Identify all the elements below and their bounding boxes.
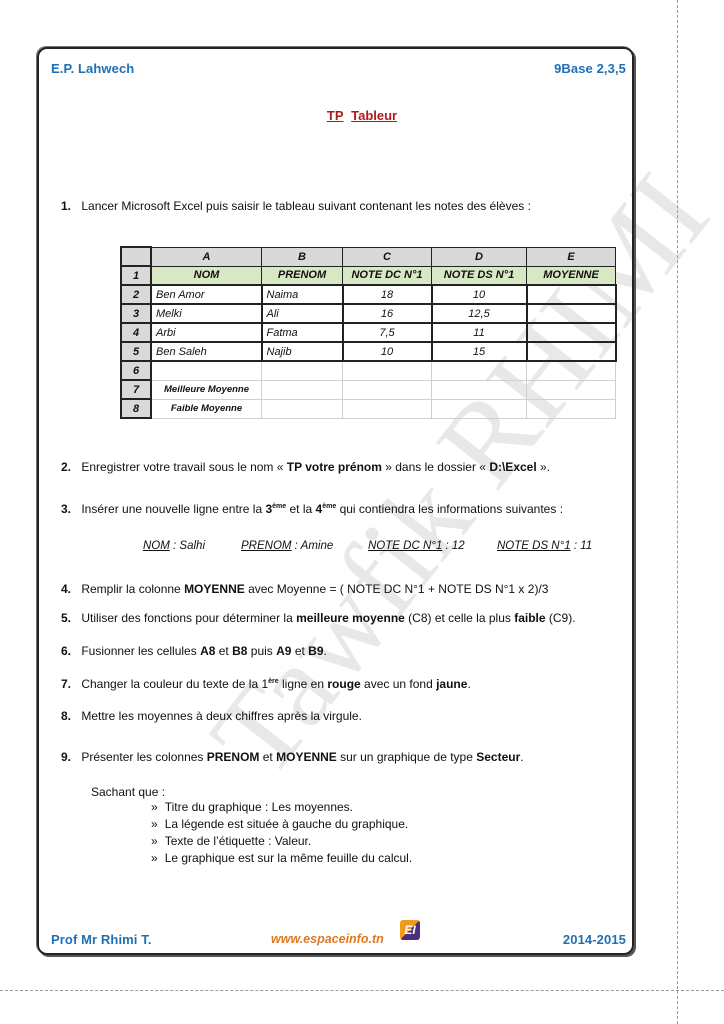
row-number: 1 bbox=[121, 266, 151, 285]
header-cell: NOTE DS N°1 bbox=[432, 266, 527, 285]
field-label: NOTE DS N°1 bbox=[497, 540, 571, 552]
chart-spec-intro: Sachant que : bbox=[91, 785, 165, 799]
cell-nom: Arbi bbox=[151, 323, 262, 342]
empty-cell bbox=[527, 399, 616, 418]
question-6: 6. Fusionner les cellules A8 et B8 puis … bbox=[61, 644, 327, 658]
cell-note-ds: 15 bbox=[432, 342, 527, 361]
cell-prenom: Ali bbox=[262, 304, 343, 323]
text: et la bbox=[286, 502, 315, 516]
text: (C9). bbox=[546, 611, 576, 625]
empty-cell bbox=[527, 380, 616, 399]
text: Enregistrer votre travail sous le nom « bbox=[81, 460, 286, 474]
list-item: La légende est située à gauche du graphi… bbox=[151, 816, 412, 833]
title-part-2: Tableur bbox=[351, 108, 397, 123]
cut-line-vertical bbox=[677, 0, 678, 1024]
empty-cell bbox=[262, 361, 343, 380]
cut-line-horizontal bbox=[0, 990, 724, 991]
text: (C8) et celle la plus bbox=[405, 611, 514, 625]
row-number: 5 bbox=[121, 342, 151, 361]
corner-cell bbox=[121, 247, 151, 266]
cell-note-dc: 7,5 bbox=[343, 323, 432, 342]
text: Fusionner les cellules bbox=[81, 644, 200, 658]
cell-moyenne bbox=[527, 285, 616, 304]
text: . bbox=[520, 750, 523, 764]
bold-text: rouge bbox=[327, 677, 360, 691]
field-value: : Amine bbox=[291, 540, 333, 552]
text: sur un graphique de type bbox=[337, 750, 476, 764]
cell-note-ds: 12,5 bbox=[432, 304, 527, 323]
header-cell: NOTE DC N°1 bbox=[343, 266, 432, 285]
question-1: 1. Lancer Microsoft Excel puis saisir le… bbox=[61, 199, 531, 213]
question-3: 3. Insérer une nouvelle ligne entre la 3… bbox=[61, 502, 563, 516]
question-number: 2. bbox=[61, 460, 78, 474]
superscript: ère bbox=[268, 678, 279, 685]
bold-text: jaune bbox=[436, 677, 467, 691]
field-value: : 12 bbox=[442, 540, 464, 552]
column-header: A bbox=[151, 247, 262, 266]
cell-moyenne bbox=[527, 342, 616, 361]
text: puis bbox=[247, 644, 276, 658]
cell-moyenne bbox=[527, 323, 616, 342]
question-number: 3. bbox=[61, 502, 78, 516]
table-row: 4 Arbi Fatma 7,5 11 bbox=[121, 323, 616, 342]
question-number: 9. bbox=[61, 750, 78, 764]
question-number: 1. bbox=[61, 199, 78, 213]
cell-nom: Ben Saleh bbox=[151, 342, 262, 361]
table-row: 1 NOM PRENOM NOTE DC N°1 NOTE DS N°1 MOY… bbox=[121, 266, 616, 285]
question-number: 8. bbox=[61, 709, 78, 723]
column-header: D bbox=[432, 247, 527, 266]
question-number: 5. bbox=[61, 611, 78, 625]
text: . bbox=[324, 644, 327, 658]
chart-spec-list: Titre du graphique : Les moyennes. La lé… bbox=[151, 799, 412, 867]
bold-text: Secteur bbox=[476, 750, 520, 764]
table-row: 6 bbox=[121, 361, 616, 380]
cell-ref: B8 bbox=[232, 644, 247, 658]
text: Présenter les colonnes bbox=[81, 750, 206, 764]
cell-note-ds: 11 bbox=[432, 323, 527, 342]
text: Insérer une nouvelle ligne entre la bbox=[81, 502, 265, 516]
table-row: 2 Ben Amor Naima 18 10 bbox=[121, 285, 616, 304]
label-worst-average: Faible Moyenne bbox=[151, 399, 262, 418]
label-best-average: Meilleure Moyenne bbox=[151, 380, 262, 399]
cell-prenom: Fatma bbox=[262, 323, 343, 342]
empty-cell bbox=[432, 399, 527, 418]
text: » dans le dossier « bbox=[382, 460, 489, 474]
question-text: Lancer Microsoft Excel puis saisir le ta… bbox=[81, 199, 531, 213]
question-text: Mettre les moyennes à deux chiffres aprè… bbox=[81, 709, 362, 723]
new-row-note-dc: NOTE DC N°1 : 12 bbox=[368, 540, 465, 552]
new-row-nom: NOM : Salhi bbox=[143, 540, 205, 552]
question-5: 5. Utiliser des fonctions pour détermine… bbox=[61, 611, 576, 625]
list-item: Titre du graphique : Les moyennes. bbox=[151, 799, 412, 816]
list-item: Texte de l’étiquette : Valeur. bbox=[151, 833, 412, 850]
empty-cell bbox=[151, 361, 262, 380]
school-name: E.P. Lahwech bbox=[51, 61, 134, 76]
field-value: : 11 bbox=[571, 540, 593, 552]
column-header: B bbox=[262, 247, 343, 266]
question-number: 6. bbox=[61, 644, 78, 658]
table-row: 7 Meilleure Moyenne bbox=[121, 380, 616, 399]
bold-text: meilleure moyenne bbox=[296, 611, 405, 625]
cell-moyenne bbox=[527, 304, 616, 323]
title-part-1: TP bbox=[327, 108, 344, 123]
table-row: 5 Ben Saleh Najib 10 15 bbox=[121, 342, 616, 361]
text: ». bbox=[537, 460, 550, 474]
cell-note-dc: 16 bbox=[343, 304, 432, 323]
cell-ref: A9 bbox=[276, 644, 291, 658]
question-4: 4. Remplir la colonne MOYENNE avec Moyen… bbox=[61, 582, 548, 596]
column-header: C bbox=[343, 247, 432, 266]
bold-text: MOYENNE bbox=[184, 582, 245, 596]
empty-cell bbox=[343, 380, 432, 399]
bold-text: PRENOM bbox=[207, 750, 260, 764]
cell-note-dc: 18 bbox=[343, 285, 432, 304]
text: et bbox=[259, 750, 276, 764]
text: . bbox=[467, 677, 470, 691]
column-header-row: A B C D E bbox=[121, 247, 616, 266]
text: ligne en bbox=[279, 677, 328, 691]
header-cell: NOM bbox=[151, 266, 262, 285]
superscript: ème bbox=[272, 503, 286, 510]
formula-text: avec Moyenne = ( NOTE DC N°1 + NOTE DS N… bbox=[245, 582, 549, 596]
row-number: 8 bbox=[121, 399, 151, 418]
table-row: 3 Melki Ali 16 12,5 bbox=[121, 304, 616, 323]
text: et bbox=[291, 644, 308, 658]
superscript: ème bbox=[322, 503, 336, 510]
text: Changer la couleur du texte de la 1 bbox=[81, 677, 268, 691]
empty-cell bbox=[262, 399, 343, 418]
question-number: 7. bbox=[61, 677, 78, 691]
school-year: 2014-2015 bbox=[563, 932, 626, 947]
table-row: 8 Faible Moyenne bbox=[121, 399, 616, 418]
text: Remplir la colonne bbox=[81, 582, 184, 596]
header-cell: PRENOM bbox=[262, 266, 343, 285]
empty-cell bbox=[343, 361, 432, 380]
question-7: 7. Changer la couleur du texte de la 1èr… bbox=[61, 677, 471, 691]
cell-ref: A8 bbox=[200, 644, 215, 658]
field-label: NOM bbox=[143, 540, 170, 552]
text: Utiliser des fonctions pour déterminer l… bbox=[81, 611, 296, 625]
list-item: Le graphique est sur la même feuille du … bbox=[151, 850, 412, 867]
row-number: 3 bbox=[121, 304, 151, 323]
empty-cell bbox=[432, 380, 527, 399]
new-row-note-ds: NOTE DS N°1 : 11 bbox=[497, 540, 592, 552]
cell-note-ds: 10 bbox=[432, 285, 527, 304]
cell-ref: B9 bbox=[308, 644, 323, 658]
row-number: 4 bbox=[121, 323, 151, 342]
field-label: PRENOM bbox=[241, 540, 291, 552]
empty-cell bbox=[262, 380, 343, 399]
cell-prenom: Naima bbox=[262, 285, 343, 304]
empty-cell bbox=[432, 361, 527, 380]
file-name: TP votre prénom bbox=[287, 460, 382, 474]
class-list: 9Base 2,3,5 bbox=[554, 61, 626, 76]
page-title: TP Tableur bbox=[0, 108, 724, 123]
cell-note-dc: 10 bbox=[343, 342, 432, 361]
folder-path: D:\Excel bbox=[489, 460, 536, 474]
empty-cell bbox=[343, 399, 432, 418]
espaceinfo-logo-icon: EI bbox=[400, 920, 420, 940]
spreadsheet-table: A B C D E 1 NOM PRENOM NOTE DC N°1 NOTE … bbox=[120, 246, 617, 419]
cell-nom: Ben Amor bbox=[151, 285, 262, 304]
author-name: Prof Mr Rhimi T. bbox=[51, 932, 152, 947]
header-cell: MOYENNE bbox=[527, 266, 616, 285]
field-value: : Salhi bbox=[170, 540, 205, 552]
row-number: 2 bbox=[121, 285, 151, 304]
website-link[interactable]: www.espaceinfo.tn bbox=[271, 932, 384, 946]
row-number: 7 bbox=[121, 380, 151, 399]
question-8: 8. Mettre les moyennes à deux chiffres a… bbox=[61, 709, 362, 723]
text: qui contiendra les informations suivante… bbox=[336, 502, 563, 516]
question-2: 2. Enregistrer votre travail sous le nom… bbox=[61, 460, 550, 474]
field-label: NOTE DC N°1 bbox=[368, 540, 442, 552]
text: et bbox=[215, 644, 232, 658]
bold-text: faible bbox=[514, 611, 545, 625]
bold-text: MOYENNE bbox=[276, 750, 337, 764]
text: avec un fond bbox=[361, 677, 436, 691]
question-number: 4. bbox=[61, 582, 78, 596]
new-row-prenom: PRENOM : Amine bbox=[241, 540, 333, 552]
cell-nom: Melki bbox=[151, 304, 262, 323]
cell-prenom: Najib bbox=[262, 342, 343, 361]
column-header: E bbox=[527, 247, 616, 266]
question-9: 9. Présenter les colonnes PRENOM et MOYE… bbox=[61, 750, 524, 764]
row-number: 6 bbox=[121, 361, 151, 380]
empty-cell bbox=[527, 361, 616, 380]
